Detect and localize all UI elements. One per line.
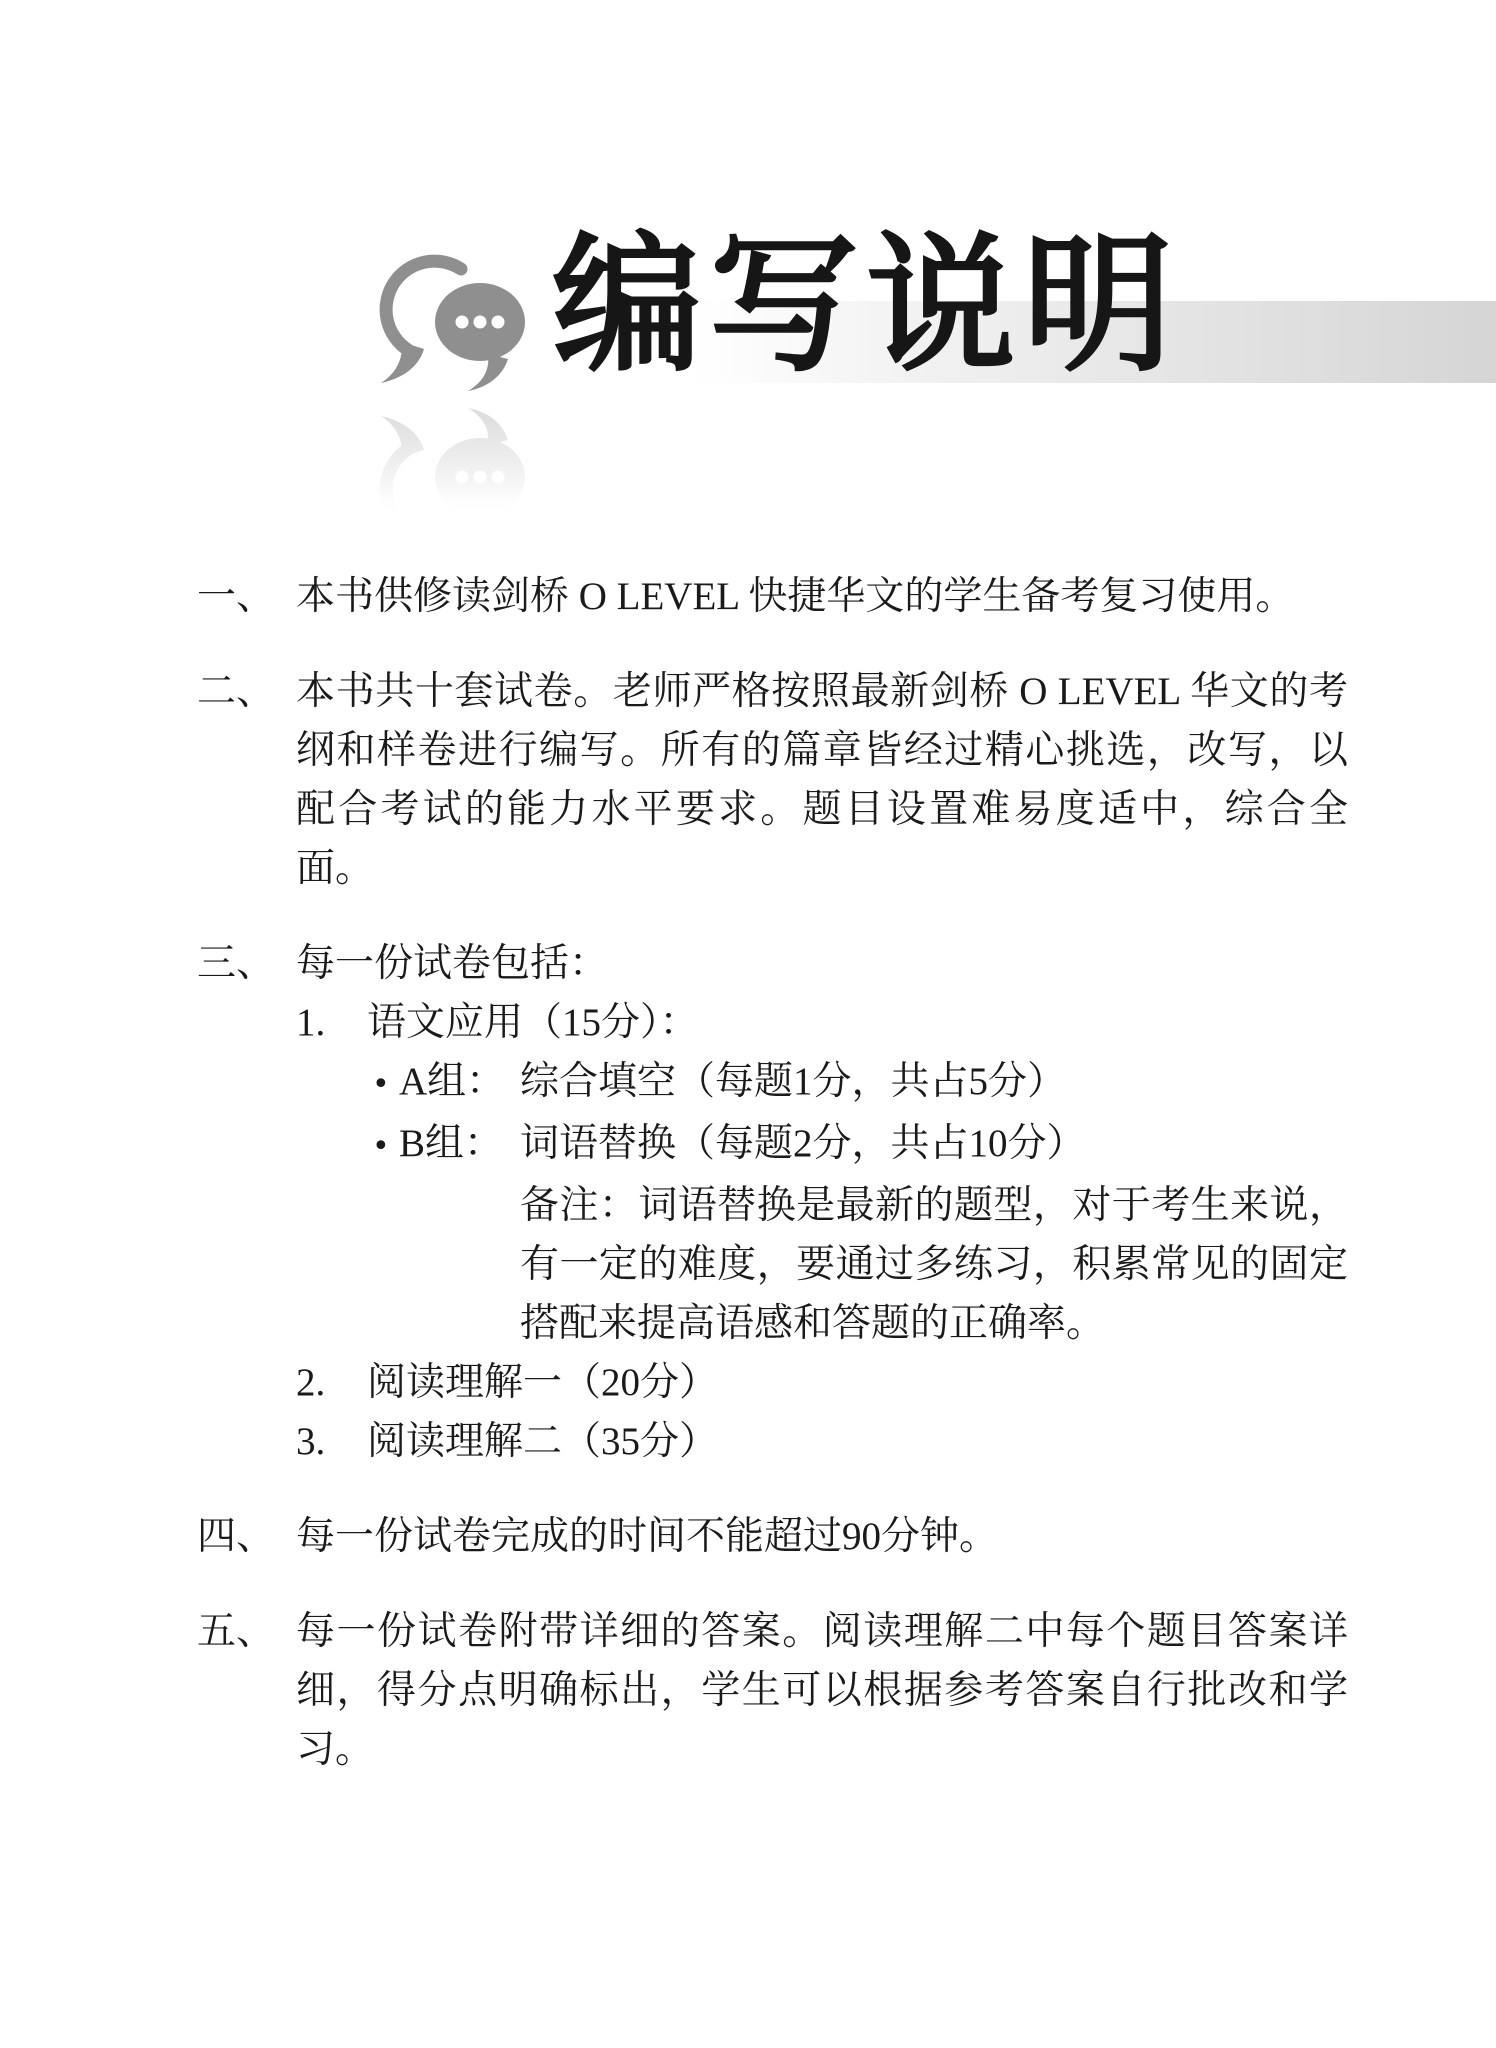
list-item-2: 二、 本书共十套试卷。老师严格按照最新剑桥 O LEVEL 华文的考纲和样卷进行… xyxy=(197,662,1348,898)
bullet-icon: • xyxy=(372,1117,399,1176)
bullet-icon: • xyxy=(372,1055,399,1114)
sub-item-3: 3. 阅读理解二（35分） xyxy=(296,1412,1348,1471)
list-item-5: 五、 每一份试卷附带详细的答案。阅读理解二中每个题目答案详细，得分点明确标出，学… xyxy=(197,1602,1348,1779)
group-b-label: B组： xyxy=(399,1114,503,1173)
sub-item-number: 2. xyxy=(296,1353,367,1412)
group-a-label: A组： xyxy=(399,1052,505,1111)
sub-item-2: 2. 阅读理解一（20分） xyxy=(296,1353,1348,1412)
group-a-label-wrap: • A组： xyxy=(372,1052,520,1114)
list-item-3: 三、 每一份试卷包括： 1. 语文应用（15分）： • A组： 综合填空（每题1… xyxy=(197,934,1348,1471)
item-text: 每一份试卷包括： xyxy=(296,934,1348,993)
item-body: 每一份试卷包括： 1. 语文应用（15分）： • A组： 综合填空（每题1分，共… xyxy=(296,934,1348,1471)
group-b-row: • B组： 词语替换（每题2分，共占10分） xyxy=(372,1114,1348,1176)
sub-item-1: 1. 语文应用（15分）： xyxy=(296,993,1348,1052)
notes-list: 一、 本书供修读剑桥 O LEVEL 快捷华文的学生备考复习使用。 二、 本书共… xyxy=(0,567,1496,1779)
group-b-note: 备注：词语替换是最新的题型，对于考生来说，有一定的难度，要通过多练习，积累常见的… xyxy=(520,1176,1348,1353)
sub-item-number: 1. xyxy=(296,993,367,1052)
group-b-desc: 词语替换（每题2分，共占10分） xyxy=(520,1114,1348,1176)
list-item-1: 一、 本书供修读剑桥 O LEVEL 快捷华文的学生备考复习使用。 xyxy=(197,567,1348,626)
page-header: 编写说明 xyxy=(0,0,1496,567)
group-a-desc: 综合填空（每题1分，共占5分） xyxy=(520,1052,1348,1114)
group-a-row: • A组： 综合填空（每题1分，共占5分） xyxy=(372,1052,1348,1114)
sub-item-text: 阅读理解二（35分） xyxy=(367,1412,1348,1471)
item-marker: 二、 xyxy=(197,662,296,898)
item-marker: 五、 xyxy=(197,1602,296,1779)
speech-bubbles-reflection xyxy=(356,399,546,551)
sub-item-text: 阅读理解一（20分） xyxy=(367,1353,1348,1412)
sub-item-number: 3. xyxy=(296,1412,367,1471)
item-text: 每一份试卷完成的时间不能超过90分钟。 xyxy=(296,1507,1348,1566)
group-b-label-wrap: • B组： xyxy=(372,1114,520,1176)
page-title: 编写说明 xyxy=(552,228,1180,386)
item-marker: 三、 xyxy=(197,934,296,1471)
item-marker: 一、 xyxy=(197,567,296,626)
item-text: 本书共十套试卷。老师严格按照最新剑桥 O LEVEL 华文的考纲和样卷进行编写。… xyxy=(296,662,1348,898)
speech-bubbles-icon xyxy=(356,248,546,400)
sub-item-text: 语文应用（15分）： xyxy=(367,993,1348,1052)
item-marker: 四、 xyxy=(197,1507,296,1566)
item-text: 每一份试卷附带详细的答案。阅读理解二中每个题目答案详细，得分点明确标出，学生可以… xyxy=(296,1602,1348,1779)
list-item-4: 四、 每一份试卷完成的时间不能超过90分钟。 xyxy=(197,1507,1348,1566)
item-text: 本书供修读剑桥 O LEVEL 快捷华文的学生备考复习使用。 xyxy=(296,567,1348,626)
